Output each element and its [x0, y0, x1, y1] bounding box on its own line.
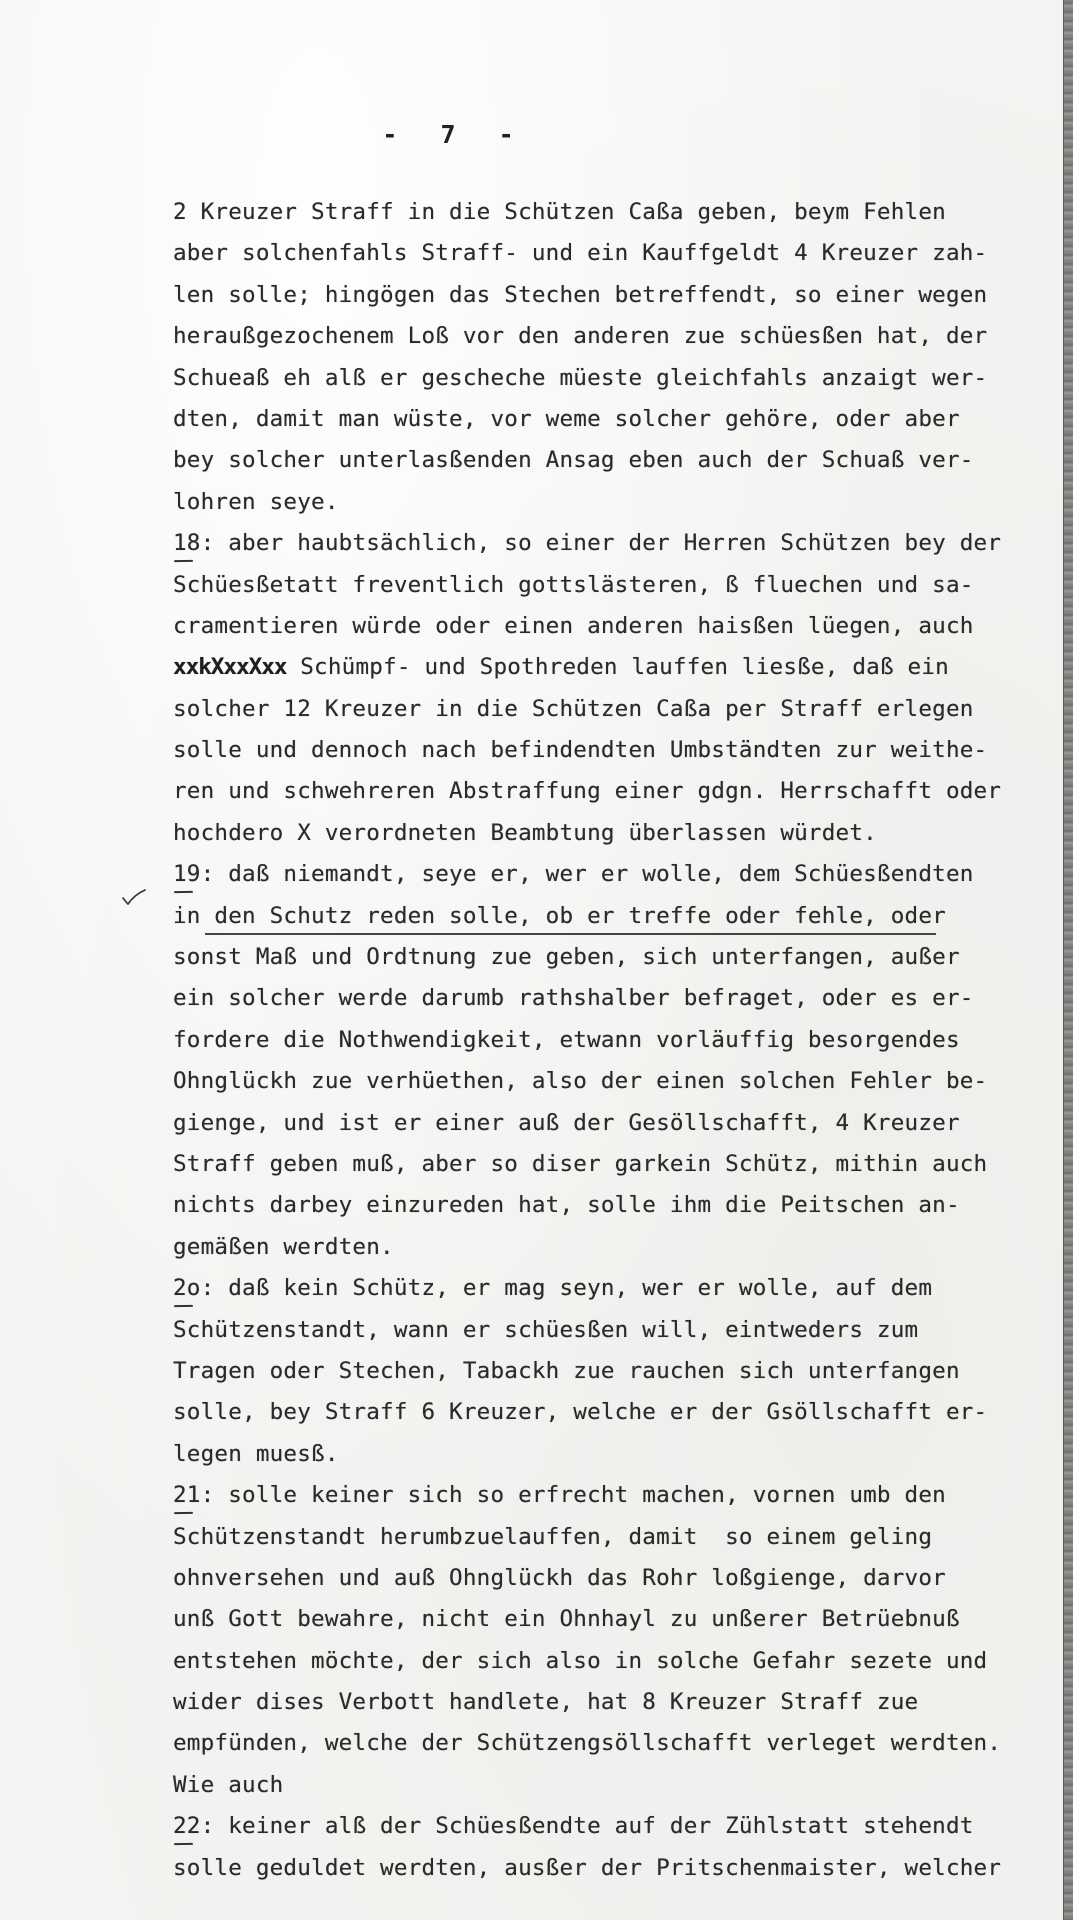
- text-line: Schueaß eh alß er gescheche müeste gleic…: [173, 358, 1063, 399]
- line-text: unß Gott bewahre, nicht ein Ohnhayl zu u…: [173, 1606, 960, 1632]
- text-line: xxkXxxXxx Schümpf- und Spothreden lauffe…: [173, 647, 1063, 688]
- line-text: : daß kein Schütz, er mag seyn, wer er w…: [201, 1275, 933, 1301]
- text-line: solcher 12 Kreuzer in die Schützen Caßa …: [173, 689, 1063, 730]
- text-line: Tragen oder Stechen, Tabackh zue rauchen…: [173, 1351, 1063, 1392]
- text-line: unß Gott bewahre, nicht ein Ohnhayl zu u…: [173, 1599, 1063, 1640]
- text-line: solle geduldet werdten, ausßer der Prits…: [173, 1848, 1063, 1889]
- line-text: Straff geben muß, aber so diser garkein …: [173, 1151, 987, 1177]
- text-line: fordere die Nothwendigkeit, etwann vorlä…: [173, 1020, 1063, 1061]
- line-text: cramentieren würde oder einen anderen ha…: [173, 613, 974, 639]
- line-text: nichts darbey einzureden hat, solle ihm …: [173, 1192, 960, 1218]
- text-line: entstehen möchte, der sich also in solch…: [173, 1641, 1063, 1682]
- line-text: Tragen oder Stechen, Tabackh zue rauchen…: [173, 1358, 960, 1384]
- section-number: 19: [173, 854, 201, 895]
- line-text: entstehen möchte, der sich also in solch…: [173, 1648, 987, 1674]
- struck-out-text: xxkXxxXxx: [173, 654, 286, 680]
- line-text: Wie auch: [173, 1772, 283, 1798]
- line-text: gienge, und ist er einer auß der Gesölls…: [173, 1110, 960, 1136]
- line-text: ren und schwehreren Abstraffung einer gd…: [173, 778, 1001, 804]
- line-text: ohnversehen und auß Ohnglückh das Rohr l…: [173, 1565, 946, 1591]
- section-number: 22: [173, 1806, 201, 1847]
- line-text: wider dises Verbott handlete, hat 8 Kreu…: [173, 1689, 918, 1715]
- line-text: Schüesßetatt freventlich gottslästeren, …: [173, 572, 974, 598]
- line-text: Schueaß eh alß er gescheche müeste gleic…: [173, 365, 987, 391]
- text-line: Straff geben muß, aber so diser garkein …: [173, 1144, 1063, 1185]
- line-text: : keiner alß der Schüesßendte auf der Zü…: [201, 1813, 974, 1839]
- text-line: ein solcher werde darumb rathshalber bef…: [173, 978, 1063, 1019]
- text-line: sonst Maß und Ordtnung zue geben, sich u…: [173, 937, 1063, 978]
- line-text: ein solcher werde darumb rathshalber bef…: [173, 985, 974, 1011]
- text-line: Schützenstandt, wann er schüesßen will, …: [173, 1310, 1063, 1351]
- line-text: lohren seye.: [173, 489, 339, 515]
- line-text: sonst Maß und Ordtnung zue geben, sich u…: [173, 944, 960, 970]
- line-text: dten, damit man wüste, vor weme solcher …: [173, 406, 960, 432]
- line-text: : aber haubtsächlich, so einer der Herre…: [201, 530, 1002, 556]
- text-line: gemäßen werdten.: [173, 1227, 1063, 1268]
- text-line: cramentieren würde oder einen anderen ha…: [173, 606, 1063, 647]
- scan-edge-strip: [1063, 0, 1073, 1920]
- text-line: 21: solle keiner sich so erfrecht machen…: [173, 1475, 1063, 1516]
- text-line: Schüesßetatt freventlich gottslästeren, …: [173, 565, 1063, 606]
- text-line: heraußgezochenem Loß vor den anderen zue…: [173, 316, 1063, 357]
- text-line: len solle; hingögen das Stechen betreffe…: [173, 275, 1063, 316]
- text-line: bey solcher unterlasßenden Ansag eben au…: [173, 440, 1063, 481]
- text-line: gienge, und ist er einer auß der Gesölls…: [173, 1103, 1063, 1144]
- line-text: Schützenstandt, wann er schüesßen will, …: [173, 1317, 918, 1343]
- section-number: 18: [173, 523, 201, 564]
- line-text: solle, bey Straff 6 Kreuzer, welche er d…: [173, 1399, 987, 1425]
- line-text: : solle keiner sich so erfrecht machen, …: [201, 1482, 946, 1508]
- line-text: legen muesß.: [173, 1441, 339, 1467]
- check-mark-icon: [122, 889, 146, 905]
- text-line: empfünden, welche der Schützengsöllschaf…: [173, 1723, 1063, 1764]
- text-line: nichts darbey einzureden hat, solle ihm …: [173, 1185, 1063, 1226]
- line-text: bey solcher unterlasßenden Ansag eben au…: [173, 447, 974, 473]
- line-text: len solle; hingögen das Stechen betreffe…: [173, 282, 987, 308]
- line-text: fordere die Nothwendigkeit, etwann vorlä…: [173, 1027, 960, 1053]
- line-text: solle geduldet werdten, ausßer der Prits…: [173, 1855, 1001, 1881]
- section-number: 21: [173, 1475, 201, 1516]
- line-text: Schützenstandt herumbzuelauffen, damit s…: [173, 1524, 932, 1550]
- text-line: ren und schwehreren Abstraffung einer gd…: [173, 771, 1063, 812]
- text-line: ohnversehen und auß Ohnglückh das Rohr l…: [173, 1558, 1063, 1599]
- text-line: solle und dennoch nach befindendten Umbs…: [173, 730, 1063, 771]
- text-line: legen muesß.: [173, 1434, 1063, 1475]
- text-line: lohren seye.: [173, 482, 1063, 523]
- line-text: : daß niemandt, seye er, wer er wolle, d…: [201, 861, 974, 887]
- line-text: solcher 12 Kreuzer in die Schützen Caßa …: [173, 696, 974, 722]
- line-text: empfünden, welche der Schützengsöllschaf…: [173, 1730, 1001, 1756]
- text-line: 22: keiner alß der Schüesßendte auf der …: [173, 1806, 1063, 1847]
- text-line: in den Schutz reden solle, ob er treffe …: [173, 896, 1063, 937]
- text-line: dten, damit man wüste, vor weme solcher …: [173, 399, 1063, 440]
- text-line: Wie auch: [173, 1765, 1063, 1806]
- text-line: hochdero X verordneten Beambtung überlas…: [173, 813, 1063, 854]
- document-body: 2 Kreuzer Straff in die Schützen Caßa ge…: [173, 192, 1063, 1889]
- text-line: Ohnglückh zue verhüethen, also der einen…: [173, 1061, 1063, 1102]
- line-text: gemäßen werdten.: [173, 1234, 394, 1260]
- line-text: hochdero X verordneten Beambtung überlas…: [173, 820, 877, 846]
- line-text: in den Schutz reden solle, ob er treffe …: [173, 896, 946, 937]
- page-number: - 7 -: [0, 120, 910, 149]
- line-text: heraußgezochenem Loß vor den anderen zue…: [173, 323, 987, 349]
- text-line: 18: aber haubtsächlich, so einer der Her…: [173, 523, 1063, 564]
- text-line: 2o: daß kein Schütz, er mag seyn, wer er…: [173, 1268, 1063, 1309]
- text-line: 19: daß niemandt, seye er, wer er wolle,…: [173, 854, 1063, 895]
- text-line: solle, bey Straff 6 Kreuzer, welche er d…: [173, 1392, 1063, 1433]
- line-text: solle und dennoch nach befindendten Umbs…: [173, 737, 987, 763]
- line-text: aber solchenfahls Straff- und ein Kauffg…: [173, 240, 987, 266]
- section-number: 2o: [173, 1268, 201, 1309]
- line-text: Schümpf- und Spothreden lauffen liesße, …: [286, 654, 949, 680]
- text-line: aber solchenfahls Straff- und ein Kauffg…: [173, 233, 1063, 274]
- text-line: Schützenstandt herumbzuelauffen, damit s…: [173, 1517, 1063, 1558]
- line-text: Ohnglückh zue verhüethen, also der einen…: [173, 1068, 987, 1094]
- line-text: 2 Kreuzer Straff in die Schützen Caßa ge…: [173, 199, 946, 225]
- text-line: 2 Kreuzer Straff in die Schützen Caßa ge…: [173, 192, 1063, 233]
- text-line: wider dises Verbott handlete, hat 8 Kreu…: [173, 1682, 1063, 1723]
- document-page: - 7 - 2 Kreuzer Straff in die Schützen C…: [0, 0, 1064, 1920]
